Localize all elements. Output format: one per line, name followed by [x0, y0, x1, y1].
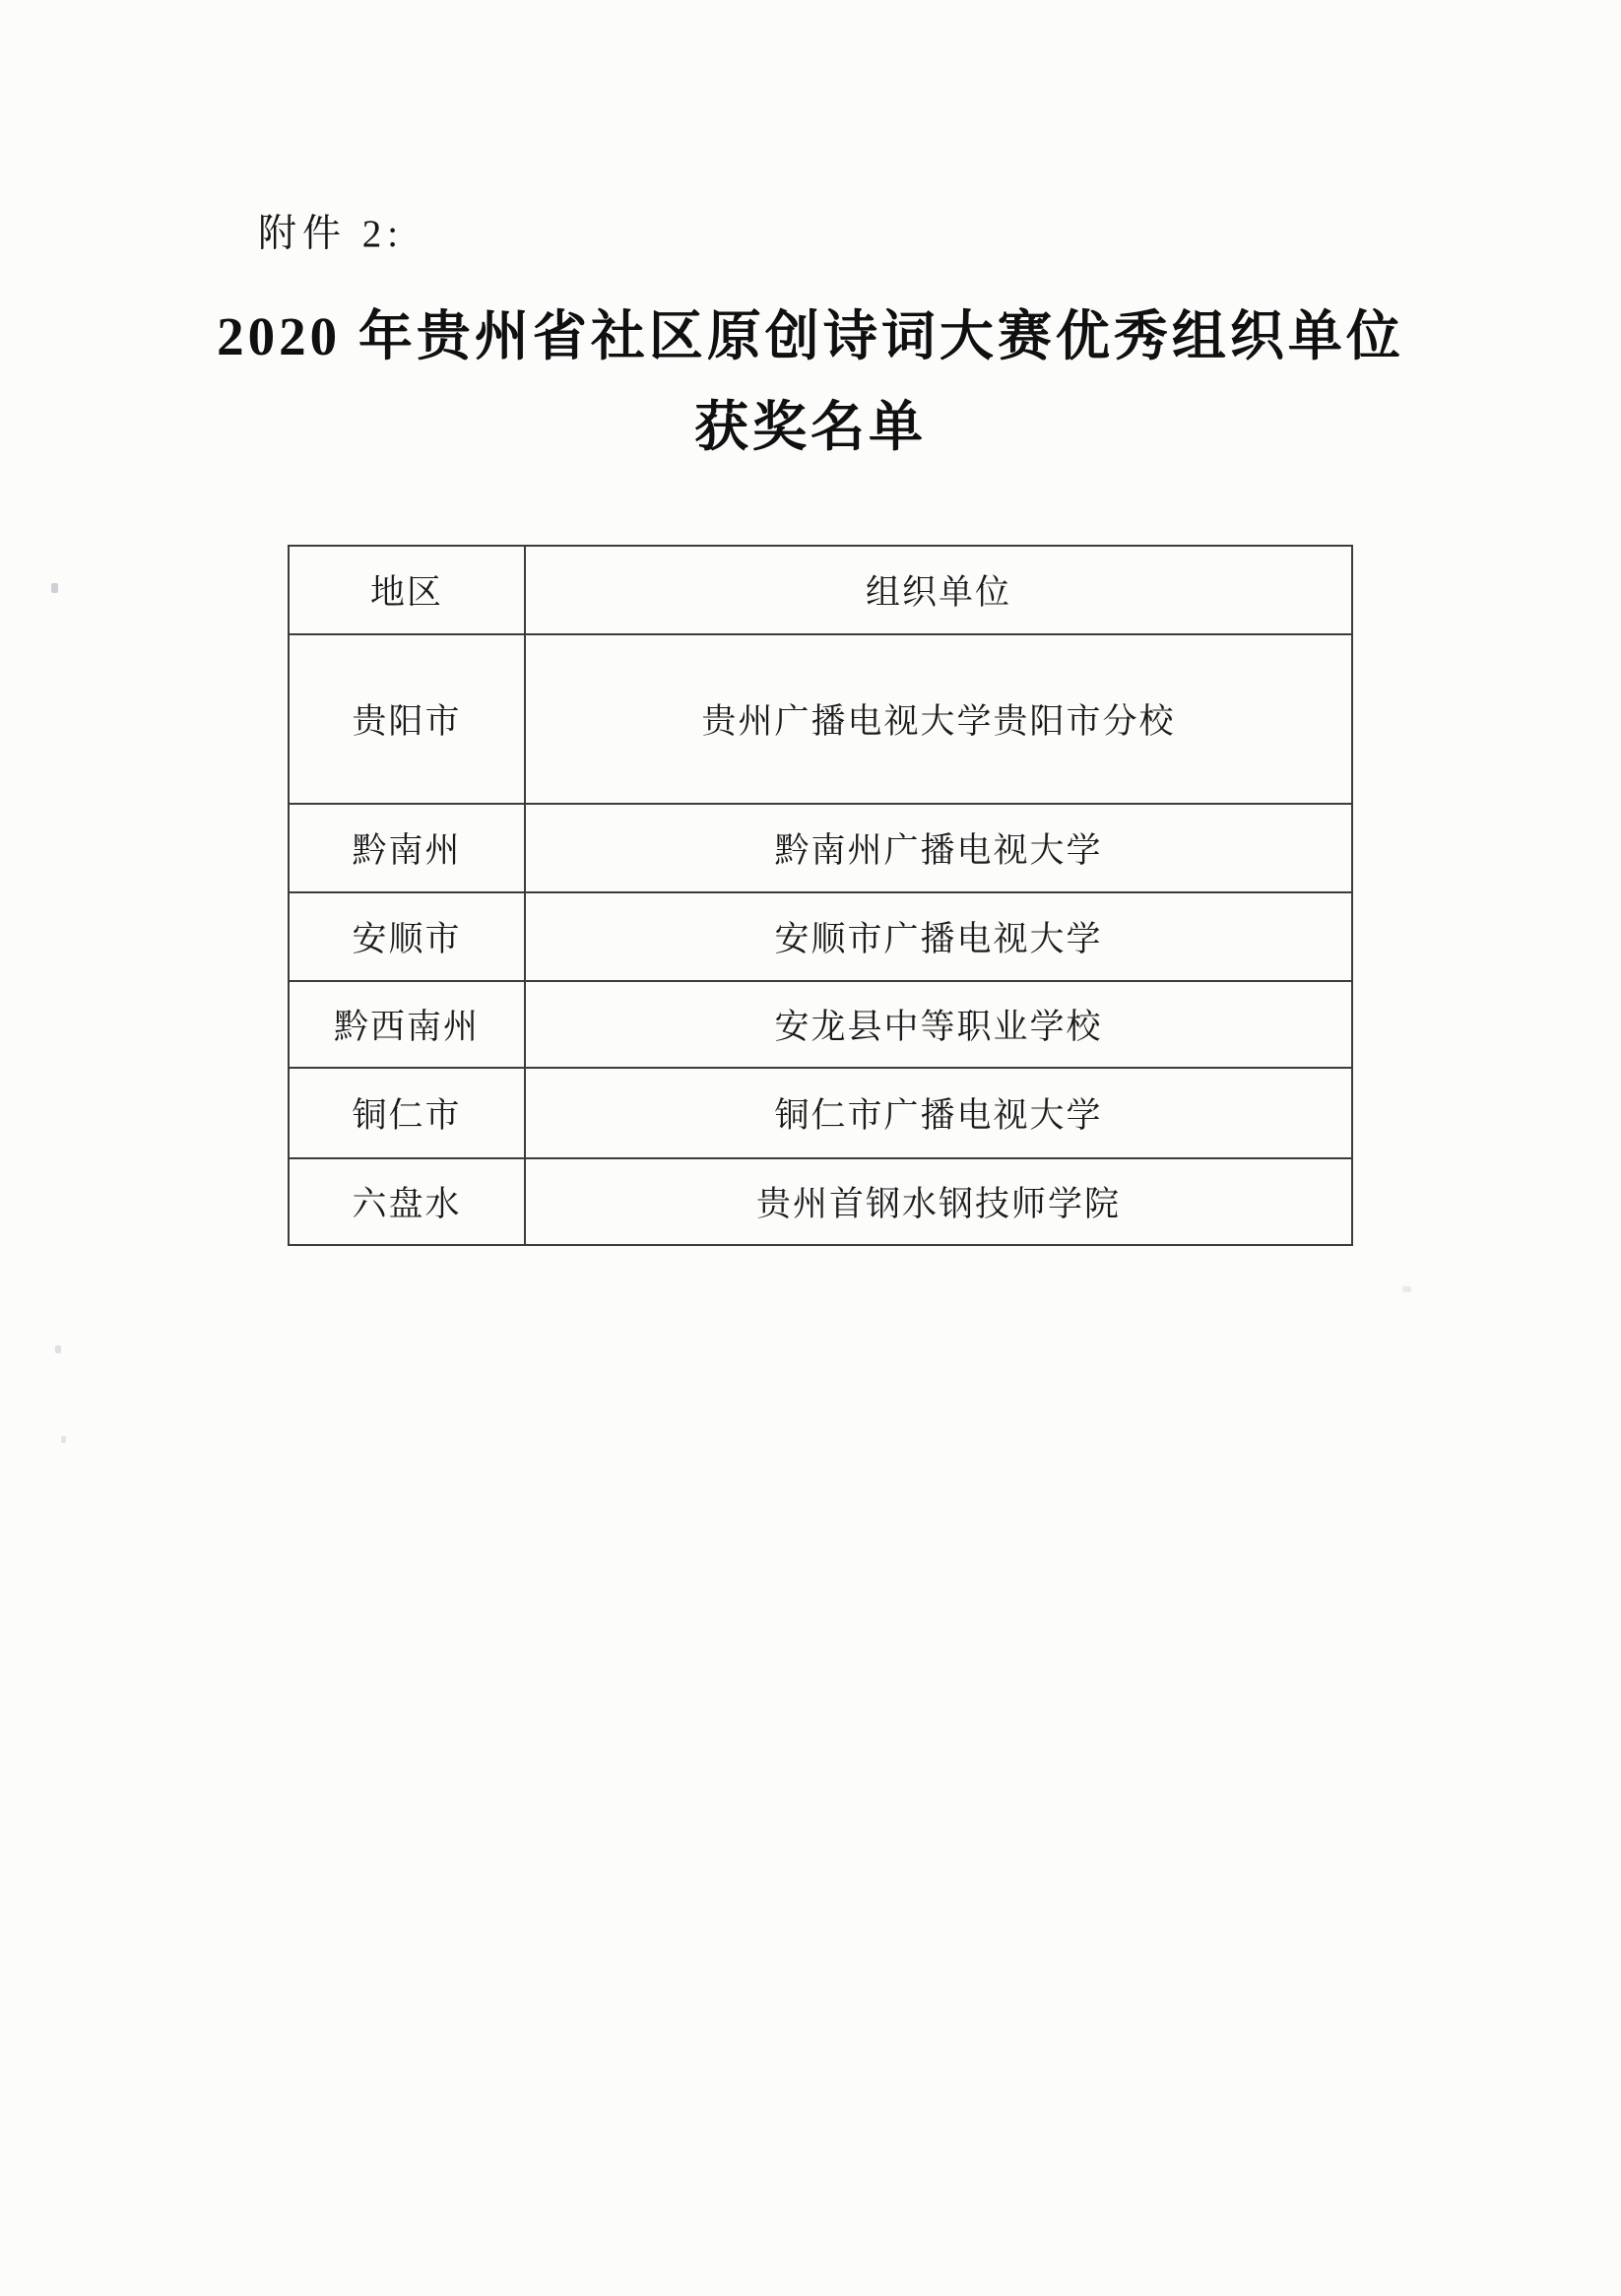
cell-region: 安顺市	[289, 892, 525, 981]
title-line2: 获奖名单	[0, 382, 1621, 473]
scan-speckle	[55, 1345, 61, 1353]
scan-speckle	[51, 583, 58, 593]
cell-region: 黔西南州	[289, 981, 525, 1068]
table-header-row: 地区 组织单位	[289, 546, 1352, 634]
table-row: 黔南州 黔南州广播电视大学	[289, 804, 1352, 892]
cell-organization: 安龙县中等职业学校	[525, 981, 1352, 1068]
cell-region: 六盘水	[289, 1158, 525, 1245]
document-title: 2020 年贵州省社区原创诗词大赛优秀组织单位 获奖名单	[0, 292, 1621, 473]
cell-organization: 贵州广播电视大学贵阳市分校	[525, 634, 1352, 804]
cell-organization: 贵州首钢水钢技师学院	[525, 1158, 1352, 1245]
cell-region: 铜仁市	[289, 1068, 525, 1158]
cell-organization: 安顺市广播电视大学	[525, 892, 1352, 981]
table-row: 六盘水 贵州首钢水钢技师学院	[289, 1158, 1352, 1245]
header-region: 地区	[289, 546, 525, 634]
table-row: 贵阳市 贵州广播电视大学贵阳市分校	[289, 634, 1352, 804]
title-line1: 2020 年贵州省社区原创诗词大赛优秀组织单位	[0, 292, 1621, 382]
scan-speckle	[1402, 1286, 1411, 1292]
cell-organization: 铜仁市广播电视大学	[525, 1068, 1352, 1158]
table-row: 黔西南州 安龙县中等职业学校	[289, 981, 1352, 1068]
scan-speckle	[61, 1436, 66, 1443]
header-organization: 组织单位	[525, 546, 1352, 634]
cell-organization: 黔南州广播电视大学	[525, 804, 1352, 892]
table-row: 安顺市 安顺市广播电视大学	[289, 892, 1352, 981]
document-page: 附件 2: 2020 年贵州省社区原创诗词大赛优秀组织单位 获奖名单 地区 组织…	[0, 0, 1621, 2296]
cell-region: 黔南州	[289, 804, 525, 892]
table-row: 铜仁市 铜仁市广播电视大学	[289, 1068, 1352, 1158]
cell-region: 贵阳市	[289, 634, 525, 804]
award-table: 地区 组织单位 贵阳市 贵州广播电视大学贵阳市分校 黔南州 黔南州广播电视大学 …	[288, 545, 1353, 1246]
attachment-label: 附件 2:	[258, 203, 404, 258]
